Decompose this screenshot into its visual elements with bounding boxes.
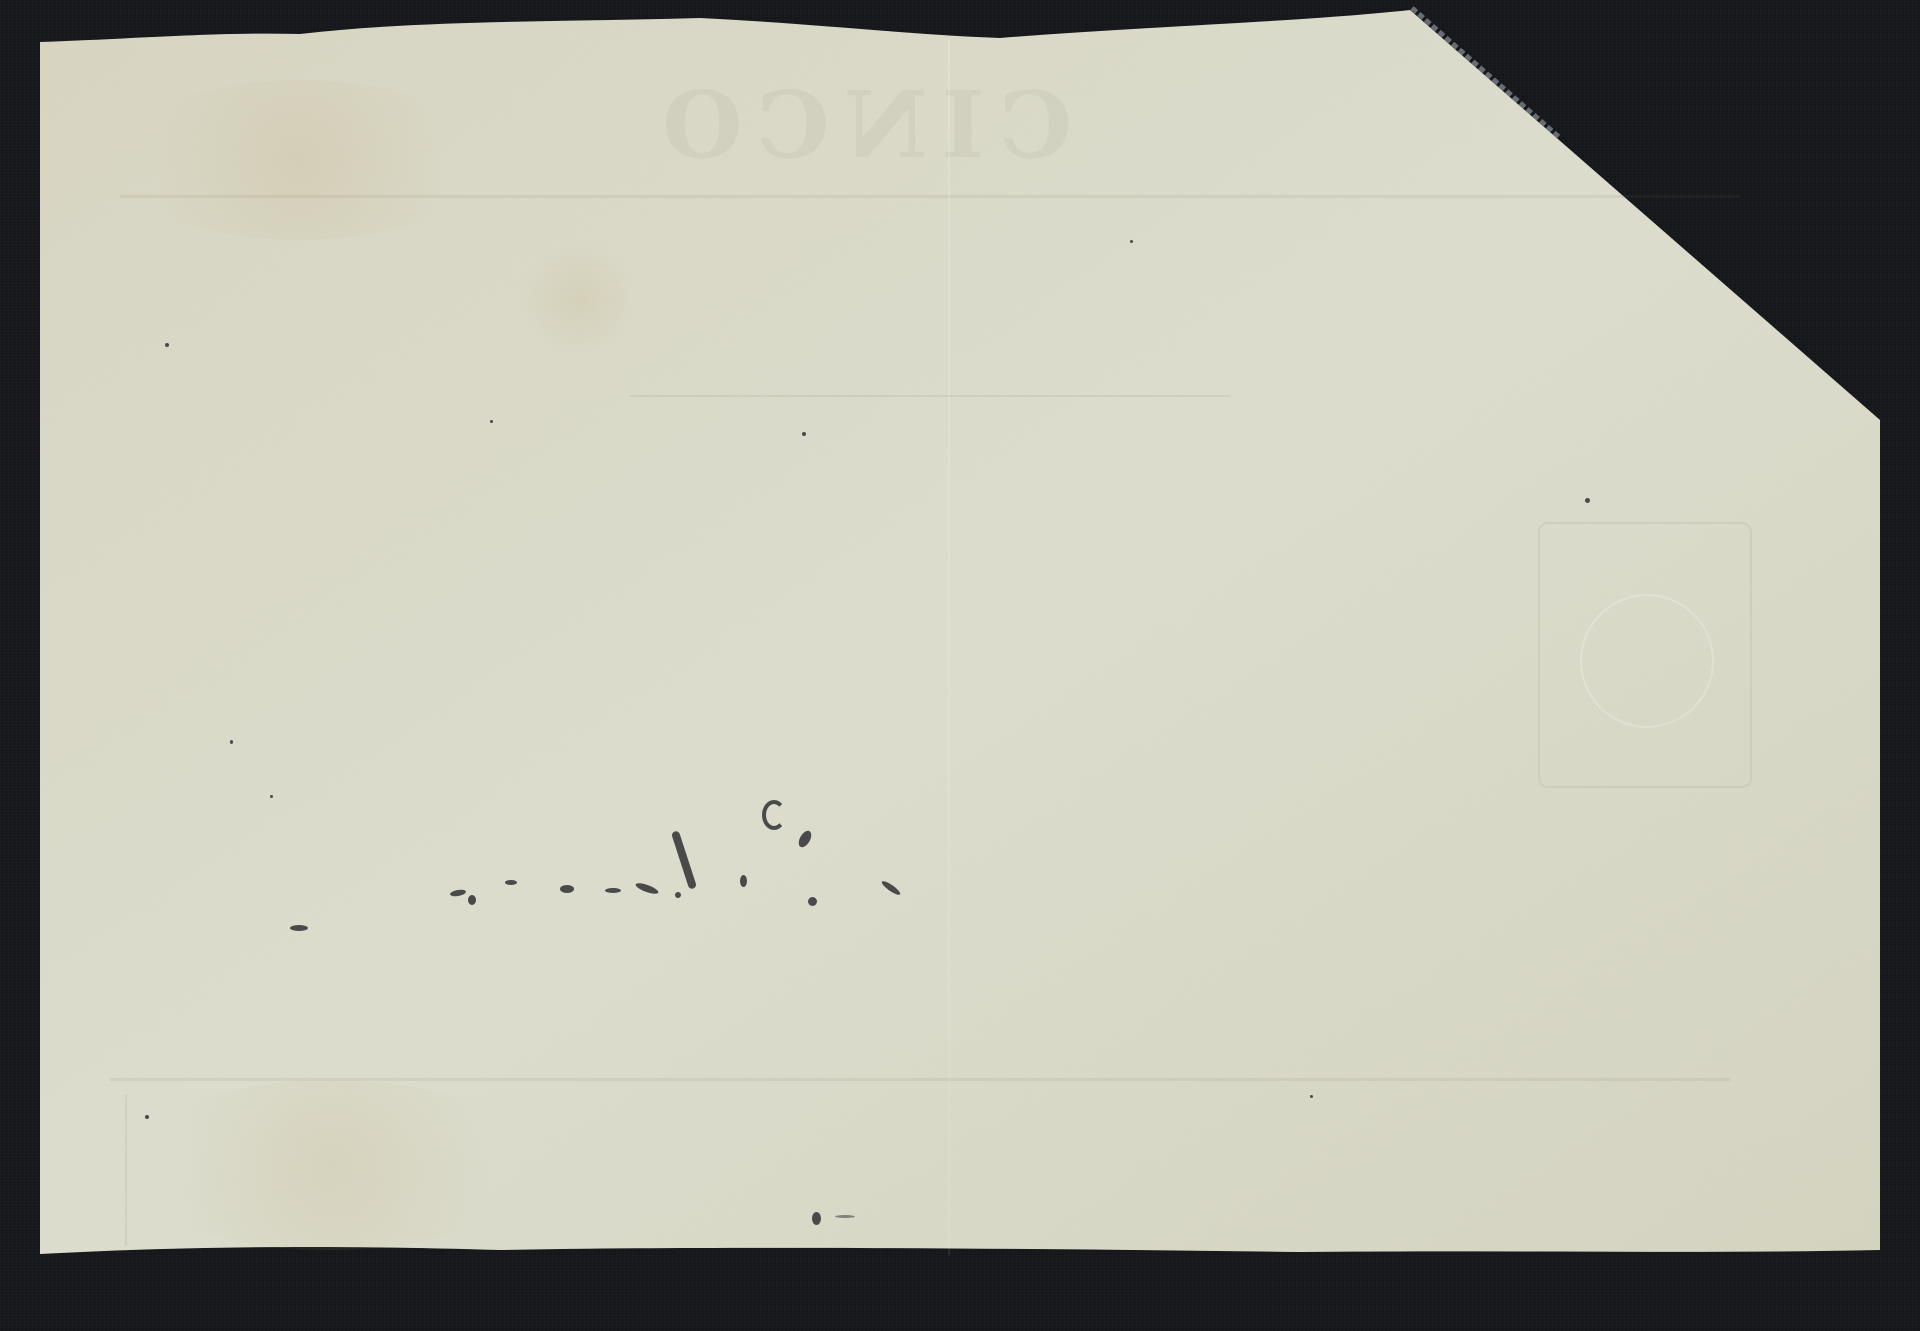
age-stain	[110, 80, 490, 240]
showthrough-rule	[120, 195, 1740, 198]
age-stain	[120, 1080, 540, 1250]
showthrough-title: CINCO	[640, 70, 1080, 180]
showthrough-rule	[630, 395, 1230, 397]
stamp-emblem-icon	[1580, 594, 1714, 728]
embossed-stamp-frame	[1538, 522, 1752, 788]
showthrough-rule	[125, 1095, 127, 1245]
age-stain	[520, 240, 640, 360]
showthrough-rule	[110, 1078, 1730, 1081]
fold-crease	[948, 40, 950, 1255]
